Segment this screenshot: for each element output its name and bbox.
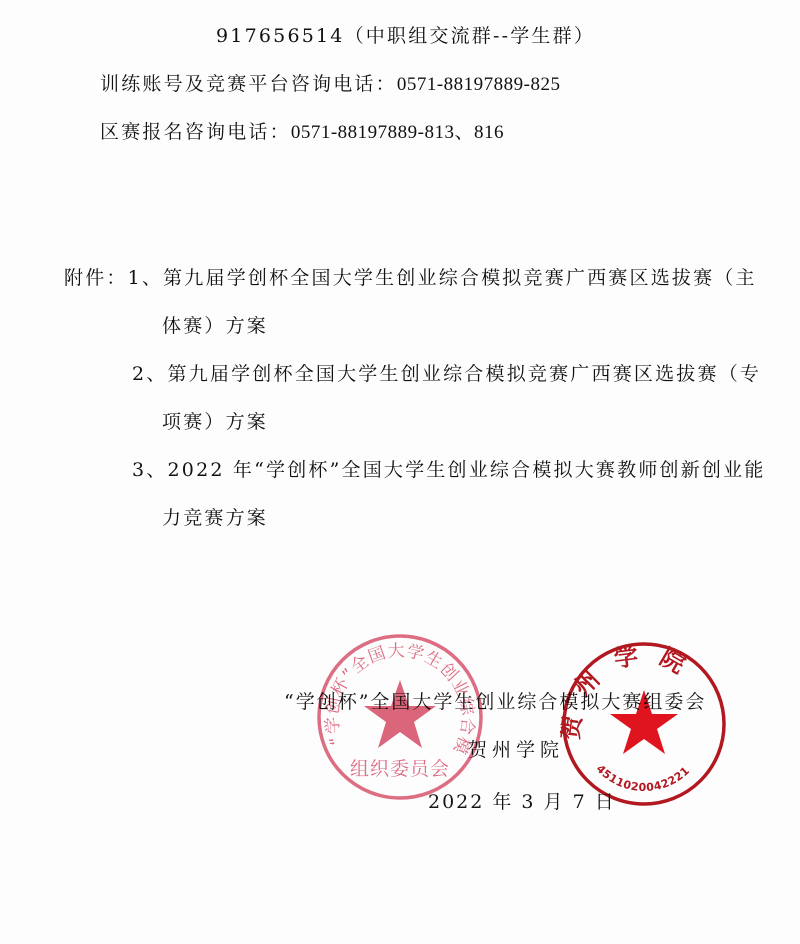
attachment-3-title: 2022 年“学创杯”全国大学生创业综合模拟大赛教师创新创业能 [168,459,766,481]
attachment-3-line2: 力竞赛方案 [162,506,268,530]
qq-group-text: 917656514（中职组交流群--学生群） [216,25,595,47]
svg-text:4511020042221: 4511020042221 [594,762,693,794]
attachment-2-title: 第九届学创杯全国大学生创业综合模拟竞赛广西赛区选拔赛（专 [168,363,762,385]
seal-graphic: “学创杯”全国大学生创业综合模拟大赛 组织委员会 [315,632,485,802]
star-icon [364,680,436,748]
registration-phone-line: 区赛报名咨询电话：0571-88197889-813、816 [100,120,504,145]
star-icon [610,690,678,754]
training-phone-number: 0571-88197889-825 [397,74,561,95]
attachment-1-number: 1、 [128,267,164,289]
svg-text:组织委员会: 组织委员会 [350,758,450,780]
attachment-1-title-cont: 体赛）方案 [162,315,268,337]
attachment-1-title: 第九届学创杯全国大学生创业综合模拟竞赛广西赛区选拔赛（主 [163,267,757,289]
attachment-2-title-cont: 项赛）方案 [162,411,268,433]
hezhou-university-seal: 贺州学院 4511020042221 [560,640,728,808]
seal-graphic: 贺州学院 4511020042221 [560,640,728,808]
registration-phone-label: 区赛报名咨询电话： [100,121,291,143]
training-phone-label: 训练账号及竞赛平台咨询电话： [100,73,397,95]
attachment-2-line2: 项赛）方案 [162,410,268,434]
qq-group-line: 917656514（中职组交流群--学生群） [216,24,595,48]
attachments-label: 附件： [64,267,128,289]
attachment-2-line1: 2、第九届学创杯全国大学生创业综合模拟竞赛广西赛区选拔赛（专 [132,362,761,386]
attachment-2-number: 2、 [132,363,168,385]
organizing-committee-seal: “学创杯”全国大学生创业综合模拟大赛 组织委员会 [315,632,485,802]
attachment-3-line1: 3、2022 年“学创杯”全国大学生创业综合模拟大赛教师创新创业能 [132,458,766,482]
attachment-1-line2: 体赛）方案 [162,314,268,338]
attachment-1-line1: 附件：1、第九届学创杯全国大学生创业综合模拟竞赛广西赛区选拔赛（主 [64,266,757,290]
attachment-3-number: 3、 [132,459,168,481]
attachment-3-title-cont: 力竞赛方案 [162,507,268,529]
registration-phone-number: 0571-88197889-813、816 [291,122,504,143]
training-phone-line: 训练账号及竞赛平台咨询电话：0571-88197889-825 [100,72,560,97]
